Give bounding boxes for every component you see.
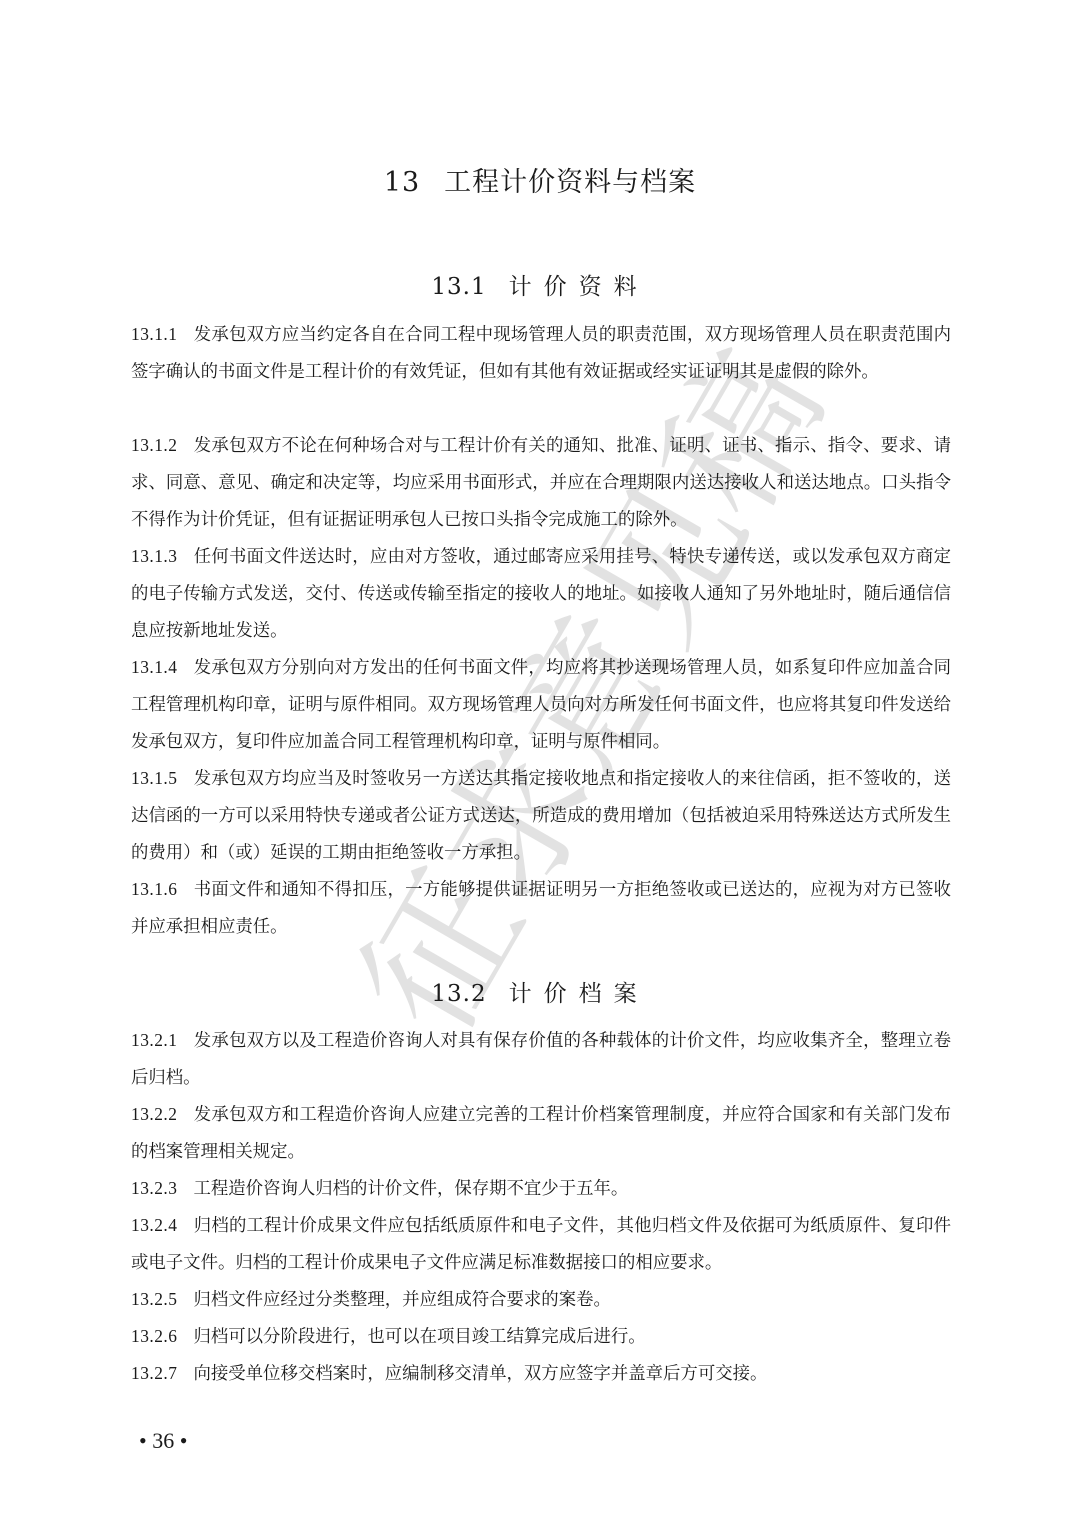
clause-number: 13.1.4 [131, 657, 177, 677]
section-title-text: 计价资料 [509, 274, 649, 300]
section-title-13-2: 13.2计价档案 [0, 975, 1080, 1008]
clause-number: 13.2.4 [131, 1215, 177, 1235]
clause-number: 13.1.5 [131, 768, 177, 788]
section-title-text: 计价档案 [509, 981, 649, 1007]
clause-text: 归档文件应经过分类整理，并应组成符合要求的案卷。 [193, 1290, 610, 1310]
clause-13-2-1: 13.2.1发承包双方以及工程造价咨询人对具有保存价值的各种载体的计价文件，均应… [131, 1022, 951, 1097]
page-number: • 36 • [139, 1428, 187, 1454]
document-page: 征求意见稿 13工程计价资料与档案 13.1计价资料 13.1.1发承包双方应当… [0, 0, 1080, 1526]
clause-13-1-3: 13.1.3任何书面文件送达时，应由对方签收，通过邮寄应采用挂号、特快专递传送，… [131, 538, 951, 650]
chapter-title-text: 工程计价资料与档案 [444, 167, 696, 198]
clause-13-2-2: 13.2.2发承包双方和工程造价咨询人应建立完善的工程计价档案管理制度，并应符合… [131, 1096, 951, 1171]
clause-13-1-6: 13.1.6书面文件和通知不得扣压，一方能够提供证据证明另一方拒绝签收或已送达的… [131, 871, 951, 946]
clause-text: 发承包双方分别向对方发出的任何书面文件，均应将其抄送现场管理人员，如系复印件应加… [131, 658, 951, 752]
clause-text: 发承包双方应当约定各自在合同工程中现场管理人员的职责范围，双方现场管理人员在职责… [131, 325, 951, 382]
clause-13-1-5: 13.1.5发承包双方均应当及时签收另一方送达其指定接收地点和指定接收人的来往信… [131, 760, 951, 872]
clause-13-2-7: 13.2.7向接受单位移交档案时，应编制移交清单，双方应签字并盖章后方可交接。 [131, 1355, 951, 1393]
clause-text: 发承包双方均应当及时签收另一方送达其指定接收地点和指定接收人的来往信函，拒不签收… [131, 769, 951, 863]
section-number: 13.1 [431, 274, 486, 300]
clause-number: 13.1.2 [131, 435, 177, 455]
clause-number: 13.2.1 [131, 1030, 177, 1050]
clause-text: 归档可以分阶段进行，也可以在项目竣工结算完成后进行。 [193, 1327, 645, 1347]
clause-13-1-4: 13.1.4发承包双方分别向对方发出的任何书面文件，均应将其抄送现场管理人员，如… [131, 649, 951, 761]
clause-text: 书面文件和通知不得扣压，一方能够提供证据证明另一方拒绝签收或已送达的，应视为对方… [131, 880, 951, 937]
clause-13-2-4: 13.2.4归档的工程计价成果文件应包括纸质原件和电子文件，其他归档文件及依据可… [131, 1207, 951, 1282]
clause-number: 13.2.7 [131, 1363, 177, 1383]
clause-number: 13.2.6 [131, 1326, 177, 1346]
clause-text: 向接受单位移交档案时，应编制移交清单，双方应签字并盖章后方可交接。 [193, 1364, 767, 1384]
clause-number: 13.1.1 [131, 324, 177, 344]
chapter-title: 13工程计价资料与档案 [0, 160, 1080, 199]
section-number: 13.2 [431, 981, 486, 1007]
clause-text: 工程造价咨询人归档的计价文件，保存期不宜少于五年。 [193, 1179, 628, 1199]
clause-13-2-6: 13.2.6归档可以分阶段进行，也可以在项目竣工结算完成后进行。 [131, 1318, 951, 1356]
clause-text: 任何书面文件送达时，应由对方签收，通过邮寄应采用挂号、特快专递传送，或以发承包双… [131, 547, 951, 641]
clause-number: 13.2.2 [131, 1104, 177, 1124]
clause-text: 发承包双方和工程造价咨询人应建立完善的工程计价档案管理制度，并应符合国家和有关部… [131, 1105, 951, 1162]
clause-number: 13.2.5 [131, 1289, 177, 1309]
clause-text: 发承包双方以及工程造价咨询人对具有保存价值的各种载体的计价文件，均应收集齐全，整… [131, 1031, 951, 1088]
clause-13-1-2: 13.1.2发承包双方不论在何种场合对与工程计价有关的通知、批准、证明、证书、指… [131, 427, 951, 539]
clause-13-1-1: 13.1.1发承包双方应当约定各自在合同工程中现场管理人员的职责范围，双方现场管… [131, 316, 951, 391]
clause-number: 13.2.3 [131, 1178, 177, 1198]
clause-text: 归档的工程计价成果文件应包括纸质原件和电子文件，其他归档文件及依据可为纸质原件、… [131, 1216, 951, 1273]
clause-13-2-5: 13.2.5归档文件应经过分类整理，并应组成符合要求的案卷。 [131, 1281, 951, 1319]
clause-number: 13.1.6 [131, 879, 177, 899]
chapter-number: 13 [384, 167, 420, 198]
section-title-13-1: 13.1计价资料 [0, 268, 1080, 301]
clause-13-2-3: 13.2.3工程造价咨询人归档的计价文件，保存期不宜少于五年。 [131, 1170, 951, 1208]
clause-text: 发承包双方不论在何种场合对与工程计价有关的通知、批准、证明、证书、指示、指令、要… [131, 436, 951, 530]
clause-number: 13.1.3 [131, 546, 177, 566]
